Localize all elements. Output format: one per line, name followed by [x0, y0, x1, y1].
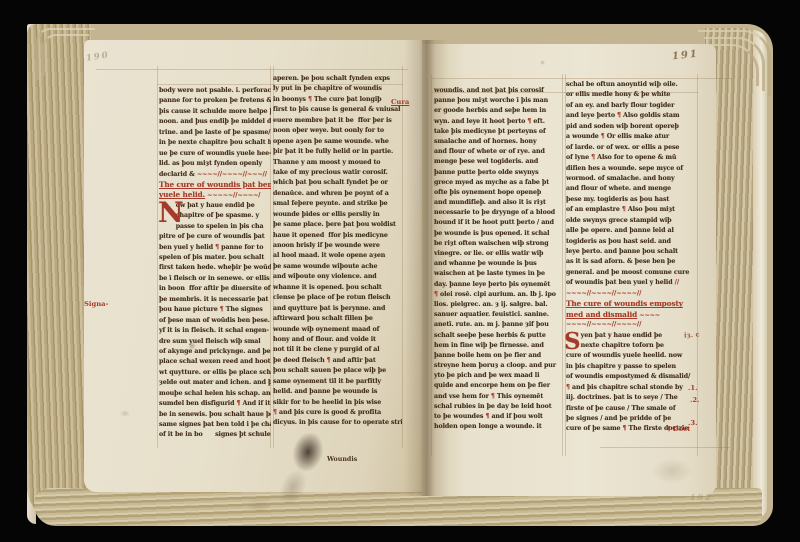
text-line: aperen. þe þou schalt fynden exps	[273, 74, 402, 84]
text-line: schal rubies in þe day be leid hoot	[434, 402, 562, 412]
text-line: togideris as þou hast seid. and	[566, 237, 697, 247]
text-line: streyne hem þoruȝ a cloop. and pur	[434, 361, 562, 371]
text-line: sumdel ben disfigurid ¶ And if it	[159, 399, 271, 409]
text-line: take of my precious watir corosif.	[273, 168, 402, 178]
text-line: nexte chapitre toforn þe	[566, 341, 697, 351]
text-line: pitre of þe cure of woundis þat	[159, 232, 271, 242]
text-line: of larde. or of wex. or ellis a pese	[566, 143, 697, 153]
text-line: þe same place. þere þat þou woldist	[273, 220, 402, 230]
text-line: þir þat it be fully helid or in partie.	[273, 147, 402, 157]
ruling-line	[431, 74, 432, 456]
text-line: ȝelde out mater and ichen. and þe	[159, 378, 271, 388]
text-line: in þis chapitre y passe to spelen	[566, 362, 697, 372]
text-line: mouþe schal helen his schap. and	[159, 389, 271, 399]
text-line: take þis medicyne þt perteyns of	[434, 127, 562, 137]
text-line: ~~~~//~~~~//~~~~//	[566, 320, 697, 330]
text-line: body were not psable. i. perforaciō.	[159, 86, 271, 96]
text-line: yen þat y haue endid þe	[566, 331, 697, 341]
text-line: Thanne y am moost y moued to	[273, 158, 402, 168]
ruling-line	[562, 74, 563, 456]
right-page-column-2: schal be oftun anoyntid wiþ oile.or elli…	[566, 80, 697, 438]
text-line: smalache and of hornes. hony	[434, 137, 562, 147]
stain	[120, 410, 130, 417]
margin-note-cura: Cura	[391, 98, 409, 106]
text-line: place schal wexen reed and hoot	[159, 357, 271, 367]
text-line: yto þe pich and þe wex maad li	[434, 371, 562, 381]
text-line: firste of þe cause / The smale of	[566, 404, 697, 414]
text-line: first taken hede. wheþir þe woūde	[159, 263, 271, 273]
text-line: and flour of whete. and menge	[566, 184, 697, 194]
text-line: þou schalt sauen þe place wiþ þe	[273, 366, 402, 376]
margin-number-1: .1.	[688, 384, 697, 392]
text-line: lid. as þou miȝt fynden openly	[159, 159, 271, 169]
text-line: ¶ and þis chapitre schal stonde by	[566, 383, 697, 393]
text-line: er goode herbis and seþe hem in	[434, 106, 562, 116]
stain	[246, 498, 272, 514]
text-line: þe membris. it is necessarie þat	[159, 295, 271, 305]
text-line: vinegre. or lie. or ellis watir wiþ	[434, 249, 562, 259]
text-line: and quytture þat is þerynne. and	[273, 304, 402, 314]
text-line: clense þe place of þe rotun fleisch	[273, 293, 402, 303]
text-line: necessarie to þe dryynge of a blood	[434, 208, 562, 218]
text-line: general. and þe moost comune cure	[566, 268, 697, 278]
text-line: yf it is in fleisch. it schal engen-	[159, 326, 271, 336]
text-line: same signes þat ben told i þe chap	[159, 420, 271, 430]
text-line: med and dismalid ~~~~	[566, 310, 697, 320]
text-line: hony and of flour. and voide it	[273, 335, 402, 345]
text-line: trine. and þe laste of þe spasme/ &	[159, 128, 271, 138]
margin-note-doct: ¶ Doct	[666, 425, 690, 433]
ruling-line	[157, 66, 158, 448]
text-line: be riȝt often waischen wiþ strong	[434, 239, 562, 249]
page-corner-leaves-left	[42, 34, 89, 76]
text-line: to þe woundes ¶ and if þou wolt	[434, 412, 562, 422]
initial-letter-left: N	[158, 196, 184, 229]
text-line: denaūce. and whren þe poynt of a	[273, 189, 402, 199]
text-line: as it is sad aforn. & þese ben þe	[566, 257, 697, 267]
text-line: spelen of þis mater. þou schalt	[159, 253, 271, 263]
text-line: menge þese wel togideris. and	[434, 157, 562, 167]
text-line: not til it be clene y purgid of al	[273, 345, 402, 355]
text-line: schal be oftun anoyntid wiþ oile.	[566, 80, 697, 90]
initial-letter-right: S	[564, 328, 581, 355]
text-line: ~~~~//~~~~//~~~~//	[566, 289, 697, 299]
margin-number-2: .2.	[690, 396, 699, 404]
text-line: alle þe opere. and þanne leid al	[566, 226, 697, 236]
text-line: lios. pielgrec. an. ȝ ij. salgre. bal.	[434, 300, 562, 310]
text-line: þe wounde is þus opened. it schal	[434, 229, 562, 239]
ruling-line	[600, 447, 730, 448]
text-line: of woundis empostymed & dismalid/	[566, 372, 697, 382]
text-line: be in senewis. þou schalt haue þe	[159, 410, 271, 420]
ruling-line	[402, 66, 403, 448]
text-line: aftirward þou schalt fillen þe	[273, 314, 402, 324]
ruling-line	[96, 69, 408, 70]
text-line: euere membre þat it be ffor þer is	[273, 116, 402, 126]
page-edge-stack-left	[27, 24, 91, 524]
text-line: waischen at þe laste tymes in þe	[434, 269, 562, 279]
text-line: in boon ffor aftir þe diuersite of	[159, 284, 271, 294]
text-line: The cure of woundis emposty	[566, 299, 697, 309]
text-line: ofte þis oynement bope openeþ	[434, 188, 562, 198]
text-line: of woundis þat ben yuel y helid //	[566, 278, 697, 288]
text-line: and whanne þe wounde is þus	[434, 259, 562, 269]
text-line: þou haue picture ¶ The signes	[159, 305, 271, 315]
text-line: dre sum yuel fleisch wiþ smal	[159, 337, 271, 347]
text-line: wt quytture. or ellis þe place schal	[159, 368, 271, 378]
text-line: anoon brisly if þe wounde were	[273, 241, 402, 251]
text-line: of þese man of woūdis ben þese.	[159, 316, 271, 326]
text-line: olde swynys grece stampid wiþ	[566, 216, 697, 226]
text-line: þe same wounde wiþoute ache	[273, 262, 402, 272]
pencil-number-bottom-right: 192	[690, 492, 713, 502]
text-line: opene aȝen þe same wounde. whe	[273, 137, 402, 147]
text-line: wounde wiþ oynement maad of	[273, 325, 402, 335]
text-line: sanuer aquatier. feuistici. sanine.	[434, 310, 562, 320]
text-line: haue it opened ffor þis medicyne	[273, 231, 402, 241]
text-line: ¶ and þis cure is good & profita	[273, 408, 402, 418]
stain	[652, 458, 692, 484]
text-line: þese my. togideris as þou hast	[566, 195, 697, 205]
text-line: day. þanne leye þerto þis oynemēt	[434, 280, 562, 290]
text-line: same oynement til it be parfitly	[273, 377, 402, 387]
text-line: sikir for to be heelid in þis wise	[273, 398, 402, 408]
text-line: helid. and þanne þe wounde is	[273, 387, 402, 397]
text-line: whanne it is opened. þou schalt	[273, 283, 402, 293]
text-line: panne for to proken þe fretens &	[159, 96, 271, 106]
text-line: ben yuel y helid ¶ panne for to	[159, 243, 271, 253]
margin-note-signa: Signa-	[84, 300, 108, 308]
text-line: þe deed fleisch ¶ and aftir þat	[273, 356, 402, 366]
text-line: first to þis cause is general & vniusal	[273, 105, 402, 115]
ruling-line	[432, 78, 732, 79]
text-line: noon. and þus endiþ þe middel doc-	[159, 117, 271, 127]
manuscript-photo: body were not psable. i. perforaciō.pann…	[0, 0, 800, 542]
text-line: of an emplastre ¶ Also þou miȝt	[566, 205, 697, 215]
text-line: noon oþer weye. but oonly for to	[273, 126, 402, 136]
left-page-column-2: aperen. þe þou schalt fynden expsly put …	[273, 74, 402, 432]
text-line: al hool maad. it wole opene aȝen	[273, 251, 402, 261]
text-line: grece myed as myche as a fabe þt	[434, 178, 562, 188]
text-line: hem in fine wiþ þe firnesse. and	[434, 341, 562, 351]
text-line: in boonys ¶ The cure þat longiþ	[273, 95, 402, 105]
text-line: þis cause it schulde more helpe þā	[159, 107, 271, 117]
text-line: panne þou miȝt worche ī þis man	[434, 96, 562, 106]
right-page-column-1: woundis. and not þat þis corosifpanne þo…	[434, 86, 562, 436]
text-line: þe signes / and þe pridde of þe	[566, 414, 697, 424]
text-line: holden open longe a wounde. it	[434, 422, 562, 432]
text-line: ue þe cure of woundis yuele hee-	[159, 149, 271, 159]
text-line: of lyne ¶ Also for to opene & mū	[566, 153, 697, 163]
text-line: which þat þou schalt fyndet þe or	[273, 178, 402, 188]
text-line: difien hes a wounde. sepe myce of	[566, 164, 697, 174]
text-line: ly put in þe chapitre of woundis	[273, 84, 402, 94]
stain	[540, 60, 545, 65]
cover-edge-right	[753, 30, 767, 518]
text-line: wyn. and leye it hoot þerto ¶ eft.	[434, 117, 562, 127]
text-line: of an ey. and barly flour togider	[566, 101, 697, 111]
text-line: hound if it be hoot putt þerto / and	[434, 218, 562, 228]
text-line: leye þerto. and þanne þou schalt	[566, 247, 697, 257]
margin-note-right: iȝ. c	[684, 330, 700, 339]
text-line: in þe nexte chapitre þou schalt ha-	[159, 138, 271, 148]
stain	[188, 342, 196, 350]
left-page-column-1: body were not psable. i. perforaciō.pann…	[159, 86, 271, 444]
text-line: ¶ olei rosē. cipi aurium. an. lb j. ipo	[434, 290, 562, 300]
text-line: cure of woundis yuele heelid. now	[566, 351, 697, 361]
text-line: of akynge and prickynge. and þe	[159, 347, 271, 357]
text-line: wounde þides or ellis persliy in	[273, 210, 402, 220]
text-line: The cure of woundis þat ben	[159, 180, 271, 190]
catchword: Woundis	[327, 456, 357, 463]
text-line: declarid & ~~~~//~~~~//~~~//	[159, 170, 271, 180]
text-line: woundis. and not þat þis corosif	[434, 86, 562, 96]
text-line: of it be in bo signes þt schule	[159, 430, 271, 440]
text-line: and wiþoute ony violence. and	[273, 272, 402, 282]
text-line: quide and encorpe hem on þe fier	[434, 381, 562, 391]
text-line: wormod. of smalache. and hony	[566, 174, 697, 184]
text-line: be ī fleisch or in senewe. or ellis	[159, 274, 271, 284]
text-line: and mundifieþ. and also it is riȝt	[434, 198, 562, 208]
text-line: smal feþere peynte. and strike þe	[273, 199, 402, 209]
text-line: and flour of whete or of rye. and	[434, 147, 562, 157]
text-line: and leye þerto ¶ Also goldis stam	[566, 111, 697, 121]
text-line: iij. doctrines. þat is to seye / The	[566, 393, 697, 403]
text-line: þanne putte þerto olde swynys	[434, 168, 562, 178]
text-line: a wounde ¶ Or ellis make atur	[566, 132, 697, 142]
text-line: dicyus. in þis cause for to operate stri…	[273, 418, 402, 428]
text-line: and vse hem for ¶ This oynemēt	[434, 392, 562, 402]
text-line: or ellis medle hony & þe white	[566, 90, 697, 100]
text-line: schalt seeþe þese herbis & putte	[434, 331, 562, 341]
text-line: anetī. rute. an. m j. þanne ȝif þou	[434, 320, 562, 330]
text-line: þanne boile hem on þe fier and	[434, 351, 562, 361]
text-line: pid and soden wiþ borent opereþ	[566, 122, 697, 132]
